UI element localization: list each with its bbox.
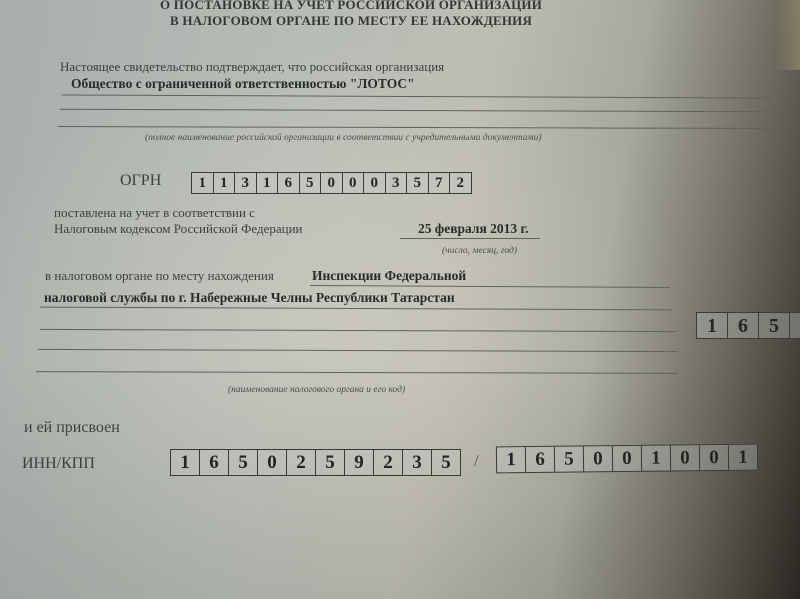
digit-cell: 7 <box>429 173 451 193</box>
kpp-digits: 165001001 <box>496 444 758 474</box>
title-line-2: В НАЛОГОВОМ ОРГАНЕ ПО МЕСТУ ЕЕ НАХОЖДЕНИ… <box>170 13 532 29</box>
digit-cell: 1 <box>214 173 236 193</box>
digit-cell: 0 <box>671 445 700 470</box>
ogrn-digits: 1131650003572 <box>191 172 472 194</box>
ogrn-label: ОГРН <box>120 172 161 190</box>
digit-cell: 5 <box>555 446 584 471</box>
tax-authority-line-1: Инспекции Федеральной <box>312 268 466 284</box>
digit-cell: 3 <box>403 450 432 475</box>
inn-kpp-separator: / <box>474 451 479 471</box>
tax-authority-hint: (наименование налогового органа и его ко… <box>228 385 405 395</box>
inn-kpp-label: ИНН/КПП <box>22 455 95 473</box>
digit-cell: 5 <box>229 450 258 475</box>
digit-cell: 2 <box>287 450 316 475</box>
digit-cell: 5 <box>407 173 429 193</box>
digit-cell: 1 <box>697 313 728 338</box>
digit-cell: 6 <box>526 447 555 472</box>
date-line <box>400 238 540 239</box>
digit-cell: 0 <box>321 173 343 193</box>
tax-authority-line-2: налоговой службы по г. Набережные Челны … <box>44 290 455 306</box>
digit-cell: 1 <box>642 446 671 471</box>
digit-cell: 0 <box>613 446 642 471</box>
digit-cell: 1 <box>257 173 279 193</box>
digit-cell: 1 <box>171 450 200 475</box>
digit-cell: 2 <box>374 450 403 475</box>
title-line-1: О ПОСТАНОВКЕ НА УЧЕТ РОССИЙСКОЙ ОРГАНИЗА… <box>160 0 542 13</box>
digit-cell: 5 <box>432 450 460 475</box>
date-hint: (число, месяц, год) <box>442 246 517 256</box>
digit-cell: 5 <box>316 450 345 475</box>
registration-date: 25 февраля 2013 г. <box>418 221 529 237</box>
digit-cell: 5 <box>300 173 322 193</box>
digit-cell: 1 <box>729 445 757 470</box>
digit-cell: 2 <box>450 173 471 193</box>
digit-cell: 0 <box>343 173 365 193</box>
digit-cell: 6 <box>728 313 759 338</box>
digit-cell: 0 <box>258 450 287 475</box>
digit-cell: 1 <box>192 173 214 193</box>
digit-cell: 5 <box>759 313 790 338</box>
digit-cell: 6 <box>200 450 229 475</box>
inn-digits: 1650259235 <box>170 449 461 476</box>
intro-text: Настоящее свидетельство подтверждает, чт… <box>60 59 444 75</box>
organization-name: Общество с ограниченной ответственностью… <box>71 76 415 92</box>
tax-authority-label: в налоговом органе по месту нахождения <box>45 268 274 284</box>
digit-cell: 6 <box>278 173 300 193</box>
assigned-label: и ей присвоен <box>24 419 120 437</box>
digit-cell: 0 <box>584 446 613 471</box>
organization-hint: (полное наименование российской организа… <box>145 133 541 143</box>
registered-line-2: Налоговым кодексом Российской Федерации <box>54 221 303 237</box>
digit-cell: 1 <box>497 447 526 472</box>
paper-edge <box>775 0 800 70</box>
tax-authority-code-digits: 1650 <box>696 312 800 339</box>
registered-line-1: поставлена на учет в соответствии с <box>54 205 255 221</box>
digit-cell: 3 <box>235 173 257 193</box>
digit-cell: 9 <box>345 450 374 475</box>
digit-cell: 3 <box>386 173 408 193</box>
digit-cell: 0 <box>790 313 800 338</box>
digit-cell: 0 <box>700 445 729 470</box>
digit-cell: 0 <box>364 173 386 193</box>
